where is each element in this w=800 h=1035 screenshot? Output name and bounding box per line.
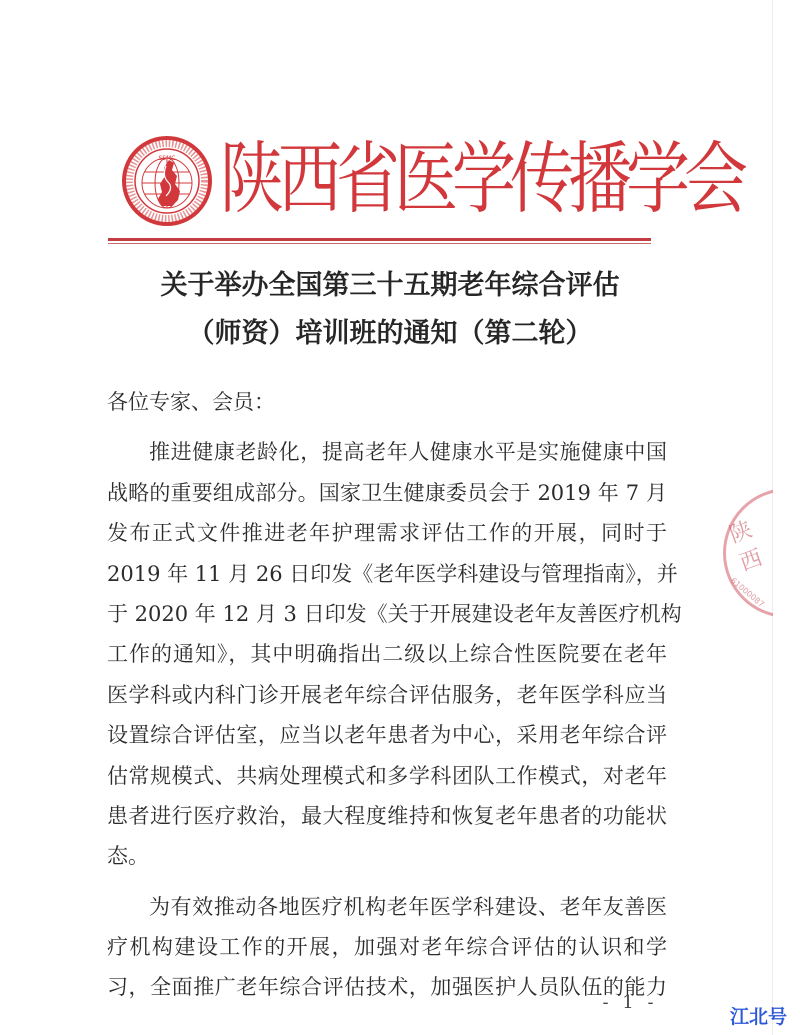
text-line: 估常规模式、共病处理模式和多学科团队工作模式，对老年 <box>107 756 667 796</box>
text-line: 疗机构建设工作的开展，加强对老年综合评估的认识和学 <box>107 927 667 967</box>
svg-text:SSMC: SSMC <box>159 155 176 162</box>
text-line: 患者进行医疗救治，最大程度维持和恢复老年患者的功能状 <box>107 796 667 836</box>
salutation: 各位专家、会员： <box>107 382 667 422</box>
organization-name: 陕西省医学传播学会 <box>220 121 650 238</box>
official-seal-icon: 陕西 61000087 <box>723 488 773 618</box>
paragraph-2: 为有效推动各地医疗机构老年医学科建设、老年友善医 疗机构建设工作的开展，加强对老… <box>107 887 667 1008</box>
text-line: 战略的重要组成部分。国家卫生健康委员会于 2019 年 7 月 <box>107 473 667 513</box>
text-line: 2019 年 11 月 26 日印发《老年医学科建设与管理指南》，并 <box>107 554 667 594</box>
paragraph-1: 推进健康老龄化，提高老年人健康水平是实施健康中国 战略的重要组成部分。国家卫生健… <box>107 432 667 876</box>
text-line: 习，全面推广老年综合评估技术，加强医护人员队伍的能力 <box>107 967 667 1007</box>
text-line: 设置综合评估室，应当以老年患者为中心，采用老年综合评 <box>107 715 667 755</box>
text-line: 发布正式文件推进老年护理需求评估工作的开展，同时于 <box>107 513 667 553</box>
text-line: 为有效推动各地医疗机构老年医学科建设、老年友善医 <box>107 887 667 927</box>
text-line: 推进健康老龄化，提高老年人健康水平是实施健康中国 <box>107 432 667 472</box>
text-line: 态。 <box>107 836 667 876</box>
title-line-1: 关于举办全国第三十五期老年综合评估 <box>100 262 680 310</box>
page-number: - 1 - <box>600 992 660 1013</box>
header-rule-thick <box>108 238 651 241</box>
text-line: 医学科或内科门诊开展老年综合评估服务，老年医学科应当 <box>107 675 667 715</box>
document-title: 关于举办全国第三十五期老年综合评估 （师资）培训班的通知（第二轮） <box>100 262 680 358</box>
society-emblem-icon: SSMC <box>122 136 212 226</box>
title-line-2: （师资）培训班的通知（第二轮） <box>100 310 680 358</box>
document-body: 各位专家、会员： 推进健康老龄化，提高老年人健康水平是实施健康中国 战略的重要组… <box>107 382 667 1008</box>
text-line: 于 2020 年 12 月 3 日印发《关于开展建设老年友善医疗机构 <box>107 594 667 634</box>
watermark-label: 江北号 <box>730 1002 787 1029</box>
header-rule-thin <box>108 243 651 244</box>
letterhead: SSMC 陕西省医学传播学会 <box>108 128 653 248</box>
text-line: 工作的通知》，其中明确指出二级以上综合性医院要在老年 <box>107 634 667 674</box>
